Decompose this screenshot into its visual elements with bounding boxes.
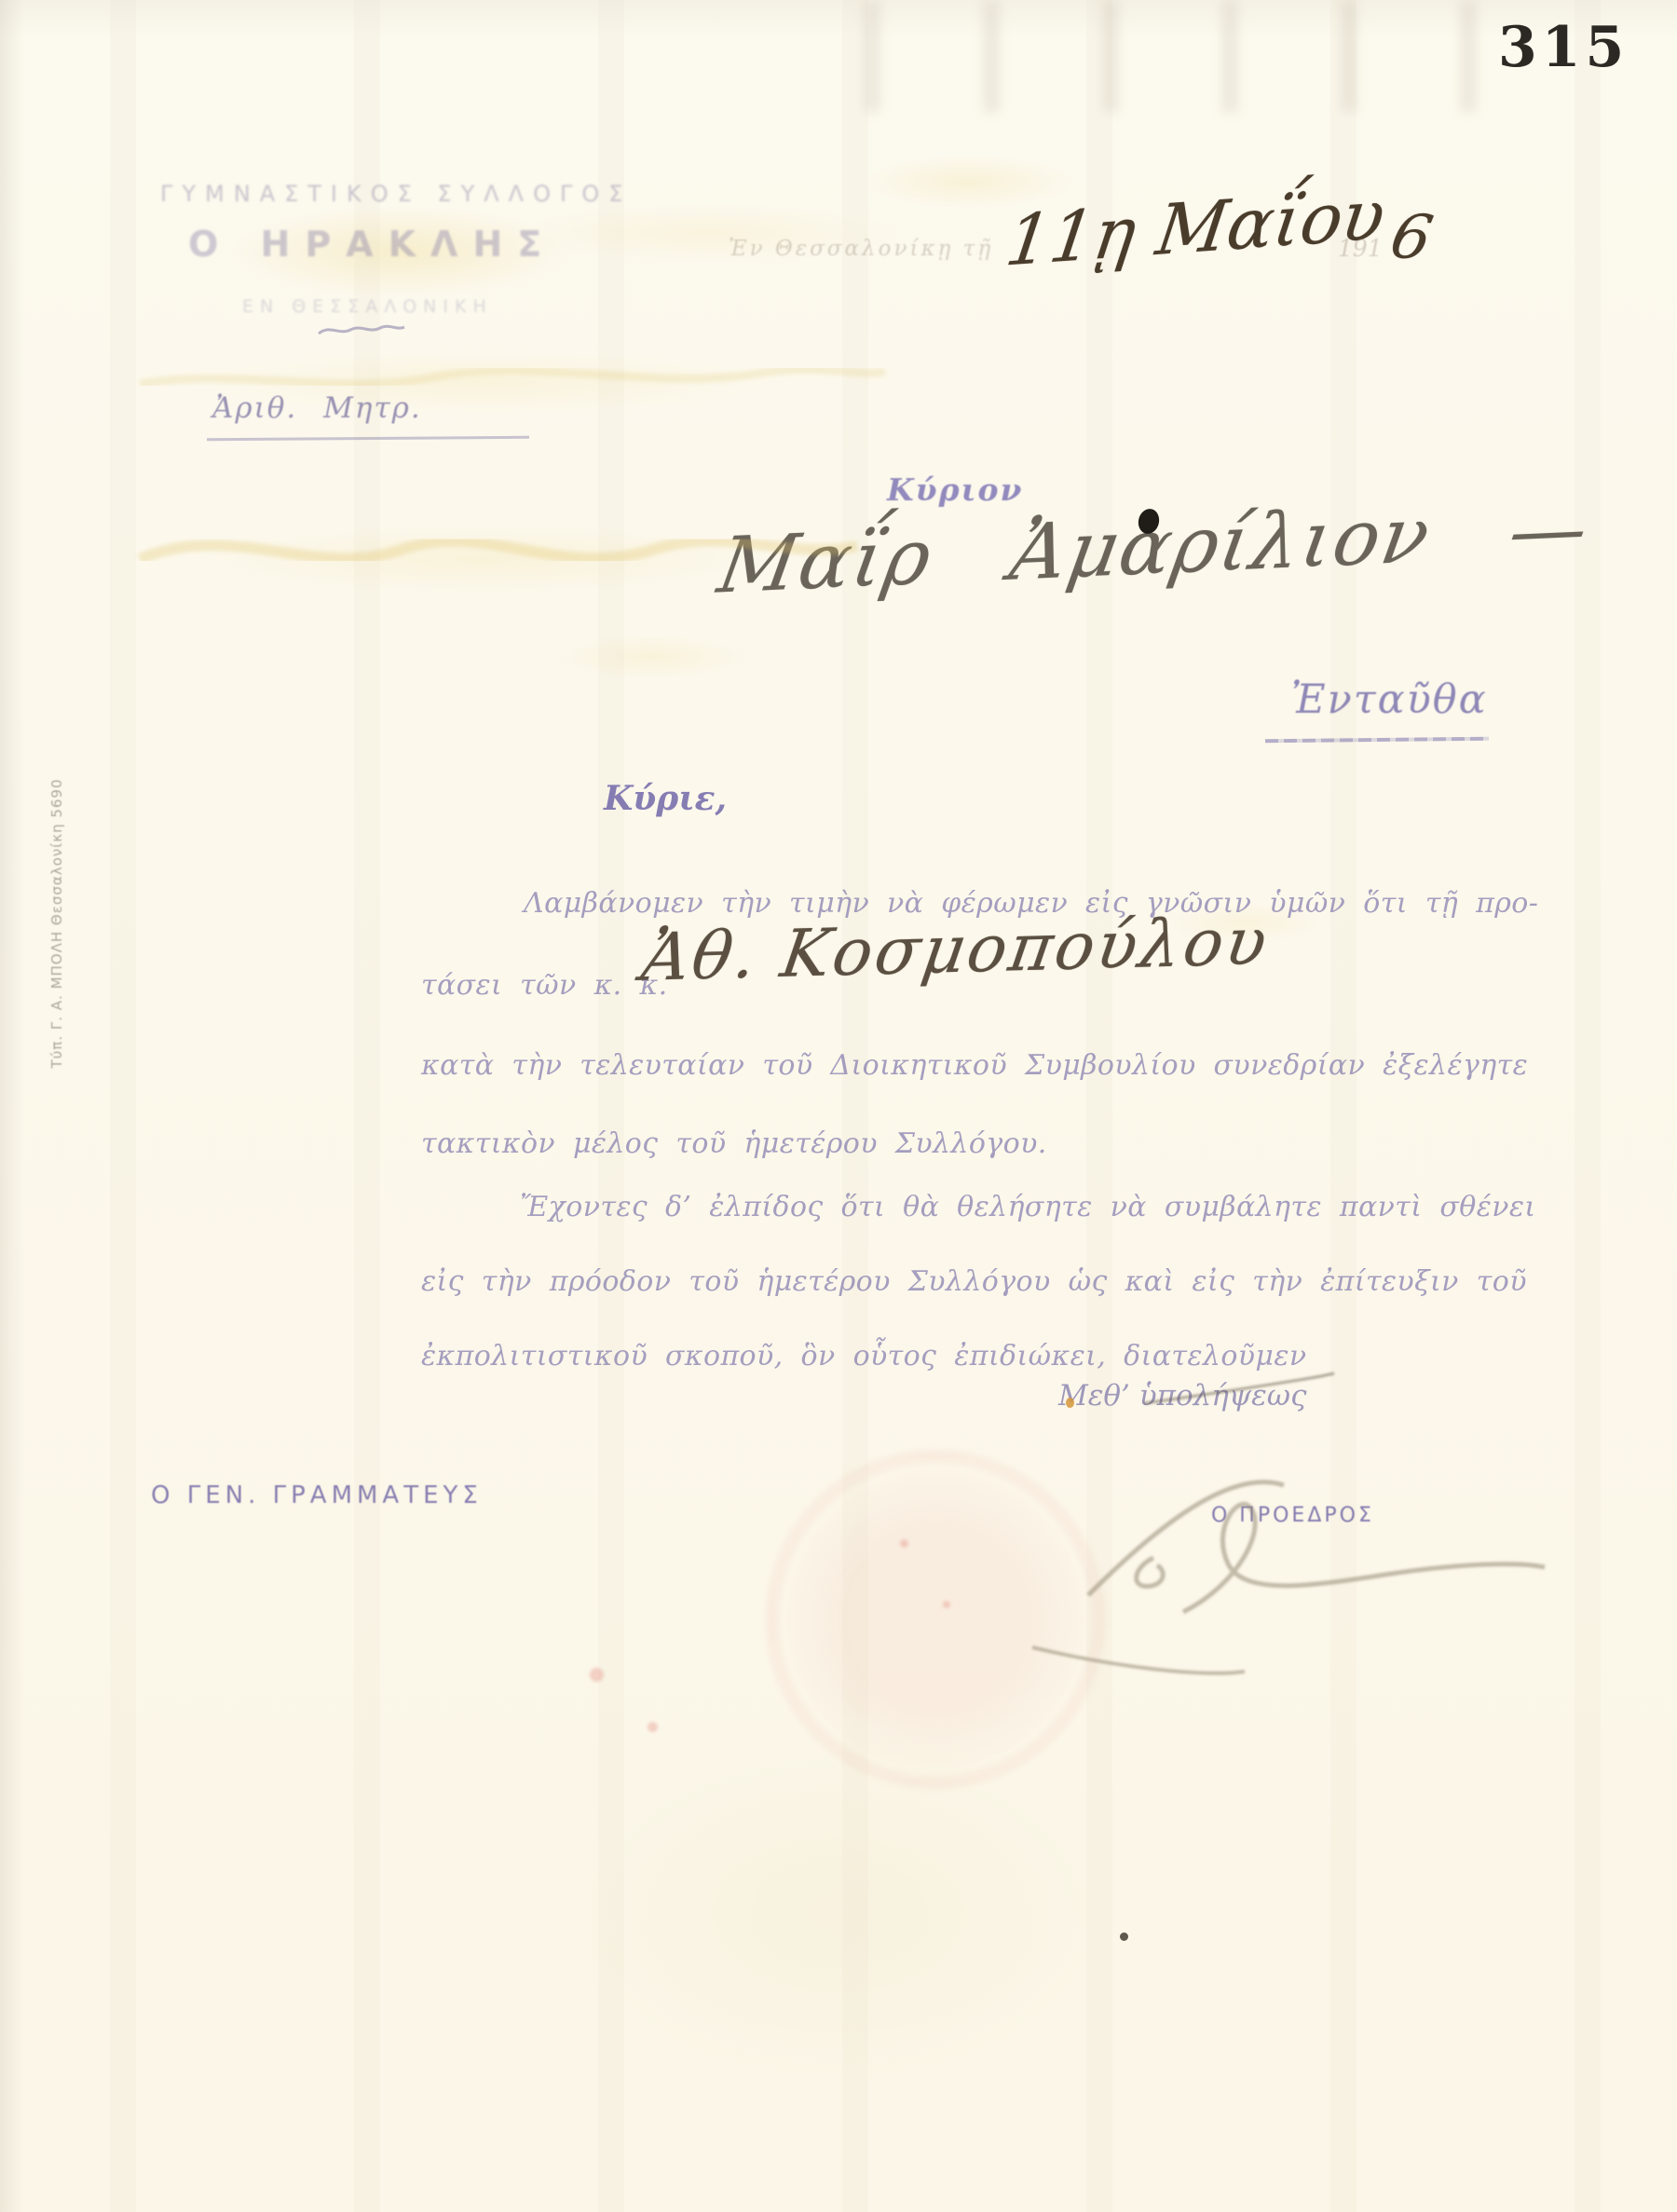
letterhead-club-name: Ο ΗΡΑΚΛΗΣ — [188, 224, 556, 265]
red-seal-speck — [943, 1601, 950, 1608]
handwritten-recipient-name: Μαΐρ Ἀμαρίλιον — — [712, 484, 1596, 611]
ink-speck — [1120, 1932, 1128, 1941]
ink-speck — [1066, 1398, 1074, 1408]
letterhead-ornament — [319, 326, 404, 334]
dateline-printed-place: Ἐν Θεσσαλονίκῃ τῇ — [729, 237, 993, 261]
president-title-stamp: Ο ΠΡΟΕΔΡΟΣ — [1211, 1504, 1374, 1527]
printed-salutation: Κύριον — [887, 471, 1023, 508]
registry-number-rule — [207, 436, 529, 441]
printer-imprint-note: Τύπ. Γ. Α. ΜΠΟΛΗ Θεσσαλονίκη 5690 — [48, 770, 65, 1077]
dateline-handwritten-year-digit: 6 — [1384, 200, 1438, 274]
body-line: τάσει τῶν κ. κ. — [421, 969, 668, 1002]
location-underline — [1265, 737, 1489, 744]
registry-number-label: Ἀριθ. Μητρ. — [212, 391, 422, 425]
dateline-printed-year: 191 — [1338, 235, 1383, 262]
closing-phrase: Μεθ’ ὑπολήψεως — [1058, 1379, 1306, 1413]
body-line: Ἔχοντες δ’ ἐλπίδος ὅτι θὰ θελήσητε νὰ συ… — [520, 1191, 1536, 1223]
archive-page-number: 315 — [1498, 15, 1629, 80]
secretary-title-stamp: Ο ΓΕΝ. ΓΡΑΜΜΑΤΕΥΣ — [151, 1481, 483, 1509]
red-seal-ghost — [766, 1450, 1105, 1789]
handwriting-strokes-overlay — [0, 0, 1677, 2212]
paper-fold-shading — [811, 0, 1519, 112]
body-line: ἐκπολιτιστικοῦ σκοποῦ, ὃν οὗτος ἐπιδιώκε… — [421, 1340, 1306, 1372]
scanned-letter-page: 315 ΓΥΜΝΑΣΤΙΚΟΣ ΣΥΛΛΟΓΟΣ Ο ΗΡΑΚΛΗΣ ΕΝ ΘΕ… — [0, 0, 1677, 2212]
red-seal-speck — [900, 1539, 908, 1548]
red-seal-speck — [648, 1722, 658, 1732]
body-line: τακτικὸν μέλος τοῦ ἡμετέρου Συλλόγου. — [421, 1127, 1047, 1160]
paper-texture — [0, 0, 1677, 2212]
body-line: εἰς τὴν πρόοδον τοῦ ἡμετέρου Συλλόγου ὡς… — [421, 1265, 1527, 1298]
letterhead-city: ΕΝ ΘΕΣΣΑΛΟΝΙΚΗ — [242, 296, 493, 317]
dateline-handwritten-date: 11ῃ Μαΐου — [1001, 174, 1390, 281]
handwritten-proposer-name: Ἀθ. Κοσμοπούλου — [637, 903, 1275, 996]
red-seal-speck — [590, 1668, 604, 1682]
body-line: κατὰ τὴν τελευταίαν τοῦ Διοικητικοῦ Συμβ… — [421, 1049, 1528, 1082]
letter-greeting: Κύριε, — [604, 779, 727, 818]
letterhead-organization: ΓΥΜΝΑΣΤΙΚΟΣ ΣΥΛΛΟΓΟΣ — [160, 181, 632, 207]
printed-location: Ἐνταῦθα — [1291, 676, 1488, 723]
ghost-bleed-line — [140, 370, 885, 384]
